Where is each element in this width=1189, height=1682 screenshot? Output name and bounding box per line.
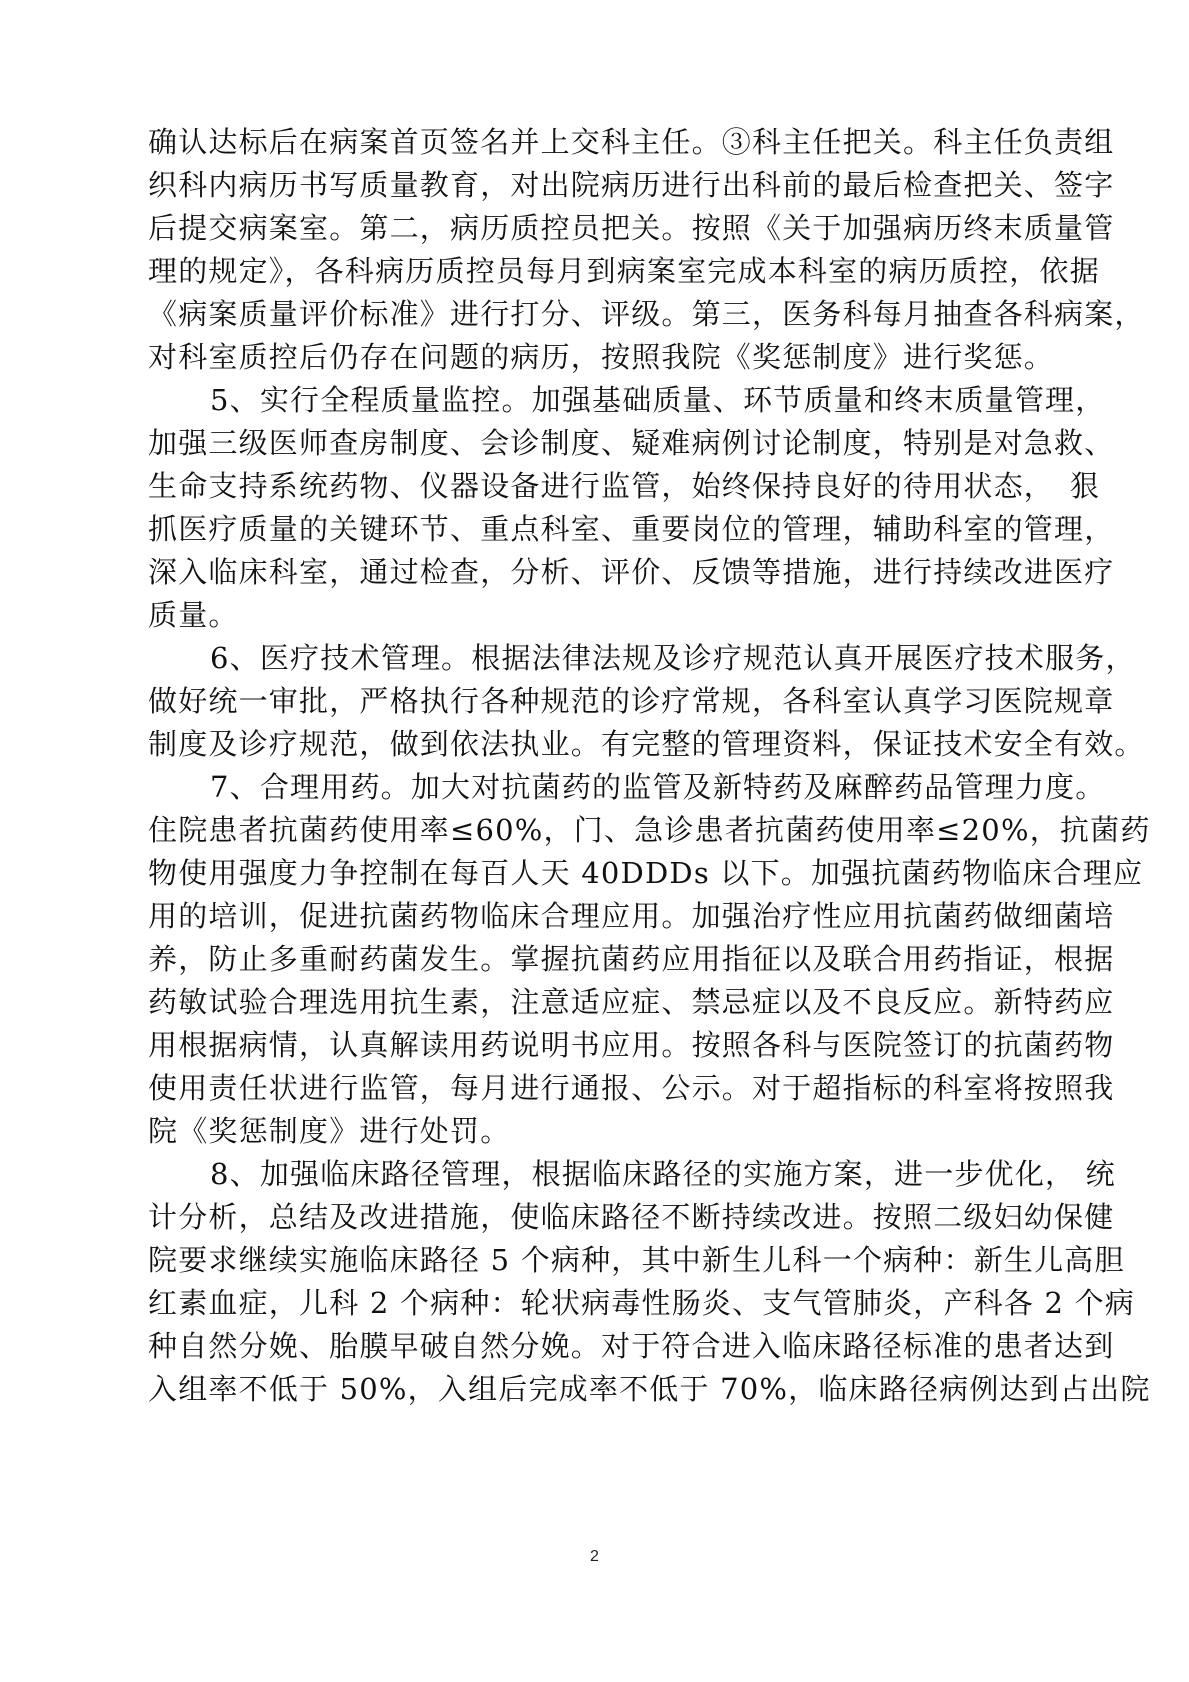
document-body: 确认达标后在病案首页签名并上交科主任。③科主任把关。科主任负责组 织科内病历书写…: [148, 121, 1048, 1411]
text-line: 院《奖惩制度》进行处罚。: [148, 1110, 1048, 1153]
text-line: 理的规定》，各科病历质控员每月到病案室完成本科室的病历质控，依据: [148, 250, 1048, 293]
text-line: 质量。: [148, 594, 1048, 637]
document-page: 确认达标后在病案首页签名并上交科主任。③科主任把关。科主任负责组 织科内病历书写…: [0, 0, 1189, 1682]
text-line: 《病案质量评价标准》进行打分、评级。第三，医务科每月抽查各科病案，: [148, 293, 1048, 336]
paragraph-item-8: 8、加强临床路径管理，根据临床路径的实施方案，进一步优化， 统 计分析，总结及改…: [148, 1153, 1048, 1411]
text-line: 药敏试验合理选用抗生素，注意适应症、禁忌症以及不良反应。新特药应: [148, 981, 1048, 1024]
text-line: 抓医疗质量的关键环节、重点科室、重要岗位的管理，辅助科室的管理，: [148, 508, 1048, 551]
text-line: 确认达标后在病案首页签名并上交科主任。③科主任把关。科主任负责组: [148, 121, 1048, 164]
text-line: 做好统一审批，严格执行各种规范的诊疗常规，各科室认真学习医院规章: [148, 680, 1048, 723]
text-line: 养，防止多重耐药菌发生。掌握抗菌药应用指征以及联合用药指证，根据: [148, 938, 1048, 981]
text-line: 用根据病情，认真解读用药说明书应用。按照各科与医院签订的抗菌药物: [148, 1024, 1048, 1067]
text-line: 生命支持系统药物、仪器设备进行监管，始终保持良好的待用状态， 狠: [148, 465, 1048, 508]
text-line: 织科内病历书写质量教育，对出院病历进行出科前的最后检查把关、签字: [148, 164, 1048, 207]
text-line: 7、合理用药。加大对抗菌药的监管及新特药及麻醉药品管理力度。: [148, 766, 1048, 809]
text-line: 制度及诊疗规范，做到依法执业。有完整的管理资料，保证技术安全有效。: [148, 723, 1048, 766]
text-line: 入组率不低于 50%，入组后完成率不低于 70%，临床路径病例达到占出院: [148, 1368, 1048, 1411]
text-line: 院要求继续实施临床路径 5 个病种，其中新生儿科一个病种：新生儿高胆: [148, 1239, 1048, 1282]
text-line: 5、实行全程质量监控。加强基础质量、环节质量和终末质量管理，: [148, 379, 1048, 422]
text-line: 住院患者抗菌药使用率≤60%，门、急诊患者抗菌药使用率≤20%，抗菌药: [148, 809, 1048, 852]
text-line: 后提交病案室。第二，病历质控员把关。按照《关于加强病历终末质量管: [148, 207, 1048, 250]
text-line: 8、加强临床路径管理，根据临床路径的实施方案，进一步优化， 统: [148, 1153, 1048, 1196]
text-line: 用的培训，促进抗菌药物临床合理应用。加强治疗性应用抗菌药做细菌培: [148, 895, 1048, 938]
text-line: 6、医疗技术管理。根据法律法规及诊疗规范认真开展医疗技术服务，: [148, 637, 1048, 680]
paragraph-item-6: 6、医疗技术管理。根据法律法规及诊疗规范认真开展医疗技术服务， 做好统一审批，严…: [148, 637, 1048, 766]
text-line: 加强三级医师查房制度、会诊制度、疑难病例讨论制度，特别是对急救、: [148, 422, 1048, 465]
text-line: 使用责任状进行监管，每月进行通报、公示。对于超指标的科室将按照我: [148, 1067, 1048, 1110]
page-number: 2: [0, 1548, 1189, 1566]
text-line: 物使用强度力争控制在每百人天 40DDDs 以下。加强抗菌药物临床合理应: [148, 852, 1048, 895]
paragraph-continuation: 确认达标后在病案首页签名并上交科主任。③科主任把关。科主任负责组 织科内病历书写…: [148, 121, 1048, 379]
paragraph-item-7: 7、合理用药。加大对抗菌药的监管及新特药及麻醉药品管理力度。 住院患者抗菌药使用…: [148, 766, 1048, 1153]
text-line: 计分析，总结及改进措施，使临床路径不断持续改进。按照二级妇幼保健: [148, 1196, 1048, 1239]
text-line: 对科室质控后仍存在问题的病历，按照我院《奖惩制度》进行奖惩。: [148, 336, 1048, 379]
paragraph-item-5: 5、实行全程质量监控。加强基础质量、环节质量和终末质量管理， 加强三级医师查房制…: [148, 379, 1048, 637]
text-line: 红素血症，儿科 2 个病种：轮状病毒性肠炎、支气管肺炎，产科各 2 个病: [148, 1282, 1048, 1325]
text-line: 种自然分娩、胎膜早破自然分娩。对于符合进入临床路径标准的患者达到: [148, 1325, 1048, 1368]
text-line: 深入临床科室，通过检查，分析、评价、反馈等措施，进行持续改进医疗: [148, 551, 1048, 594]
